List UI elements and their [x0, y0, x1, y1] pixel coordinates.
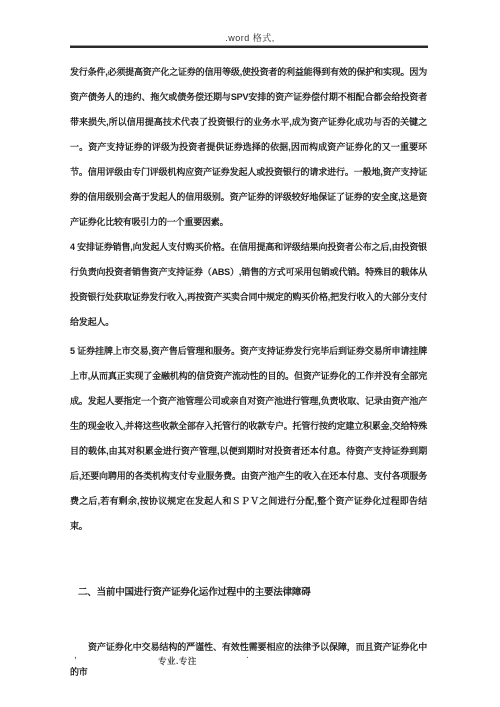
document-body: 发行条件,必须提高资产化之证券的信用等级,使投资者的利益能得到有效的保护和实现。… — [70, 60, 427, 685]
body-paragraph: 5 证券挂牌上市交易,资产售后管理和服务。资产支持证券发行完毕后到证券交易所申请… — [70, 339, 427, 539]
header-divider-rule — [70, 45, 428, 48]
section-heading: 二、当前中国进行资产证券化运作过程中的主要法律障碍 — [70, 580, 427, 605]
footer-slogan: 专业.专注 — [158, 655, 197, 667]
header-title: .word 格式, — [0, 31, 500, 44]
document-page: .word 格式, 发行条件,必须提高资产化之证券的信用等级,使投资者的利益能得… — [0, 0, 500, 707]
body-paragraph: 发行条件,必须提高资产化之证券的信用等级,使投资者的利益能得到有效的保护和实现。… — [70, 60, 427, 235]
body-paragraph: 4 安排证券销售,向发起人支付购买价格。在信用提高和评级结果向投资者公布之后,由… — [70, 235, 427, 335]
footer-right-mark: . — [246, 650, 249, 661]
footer-left-mark: , — [74, 650, 77, 661]
